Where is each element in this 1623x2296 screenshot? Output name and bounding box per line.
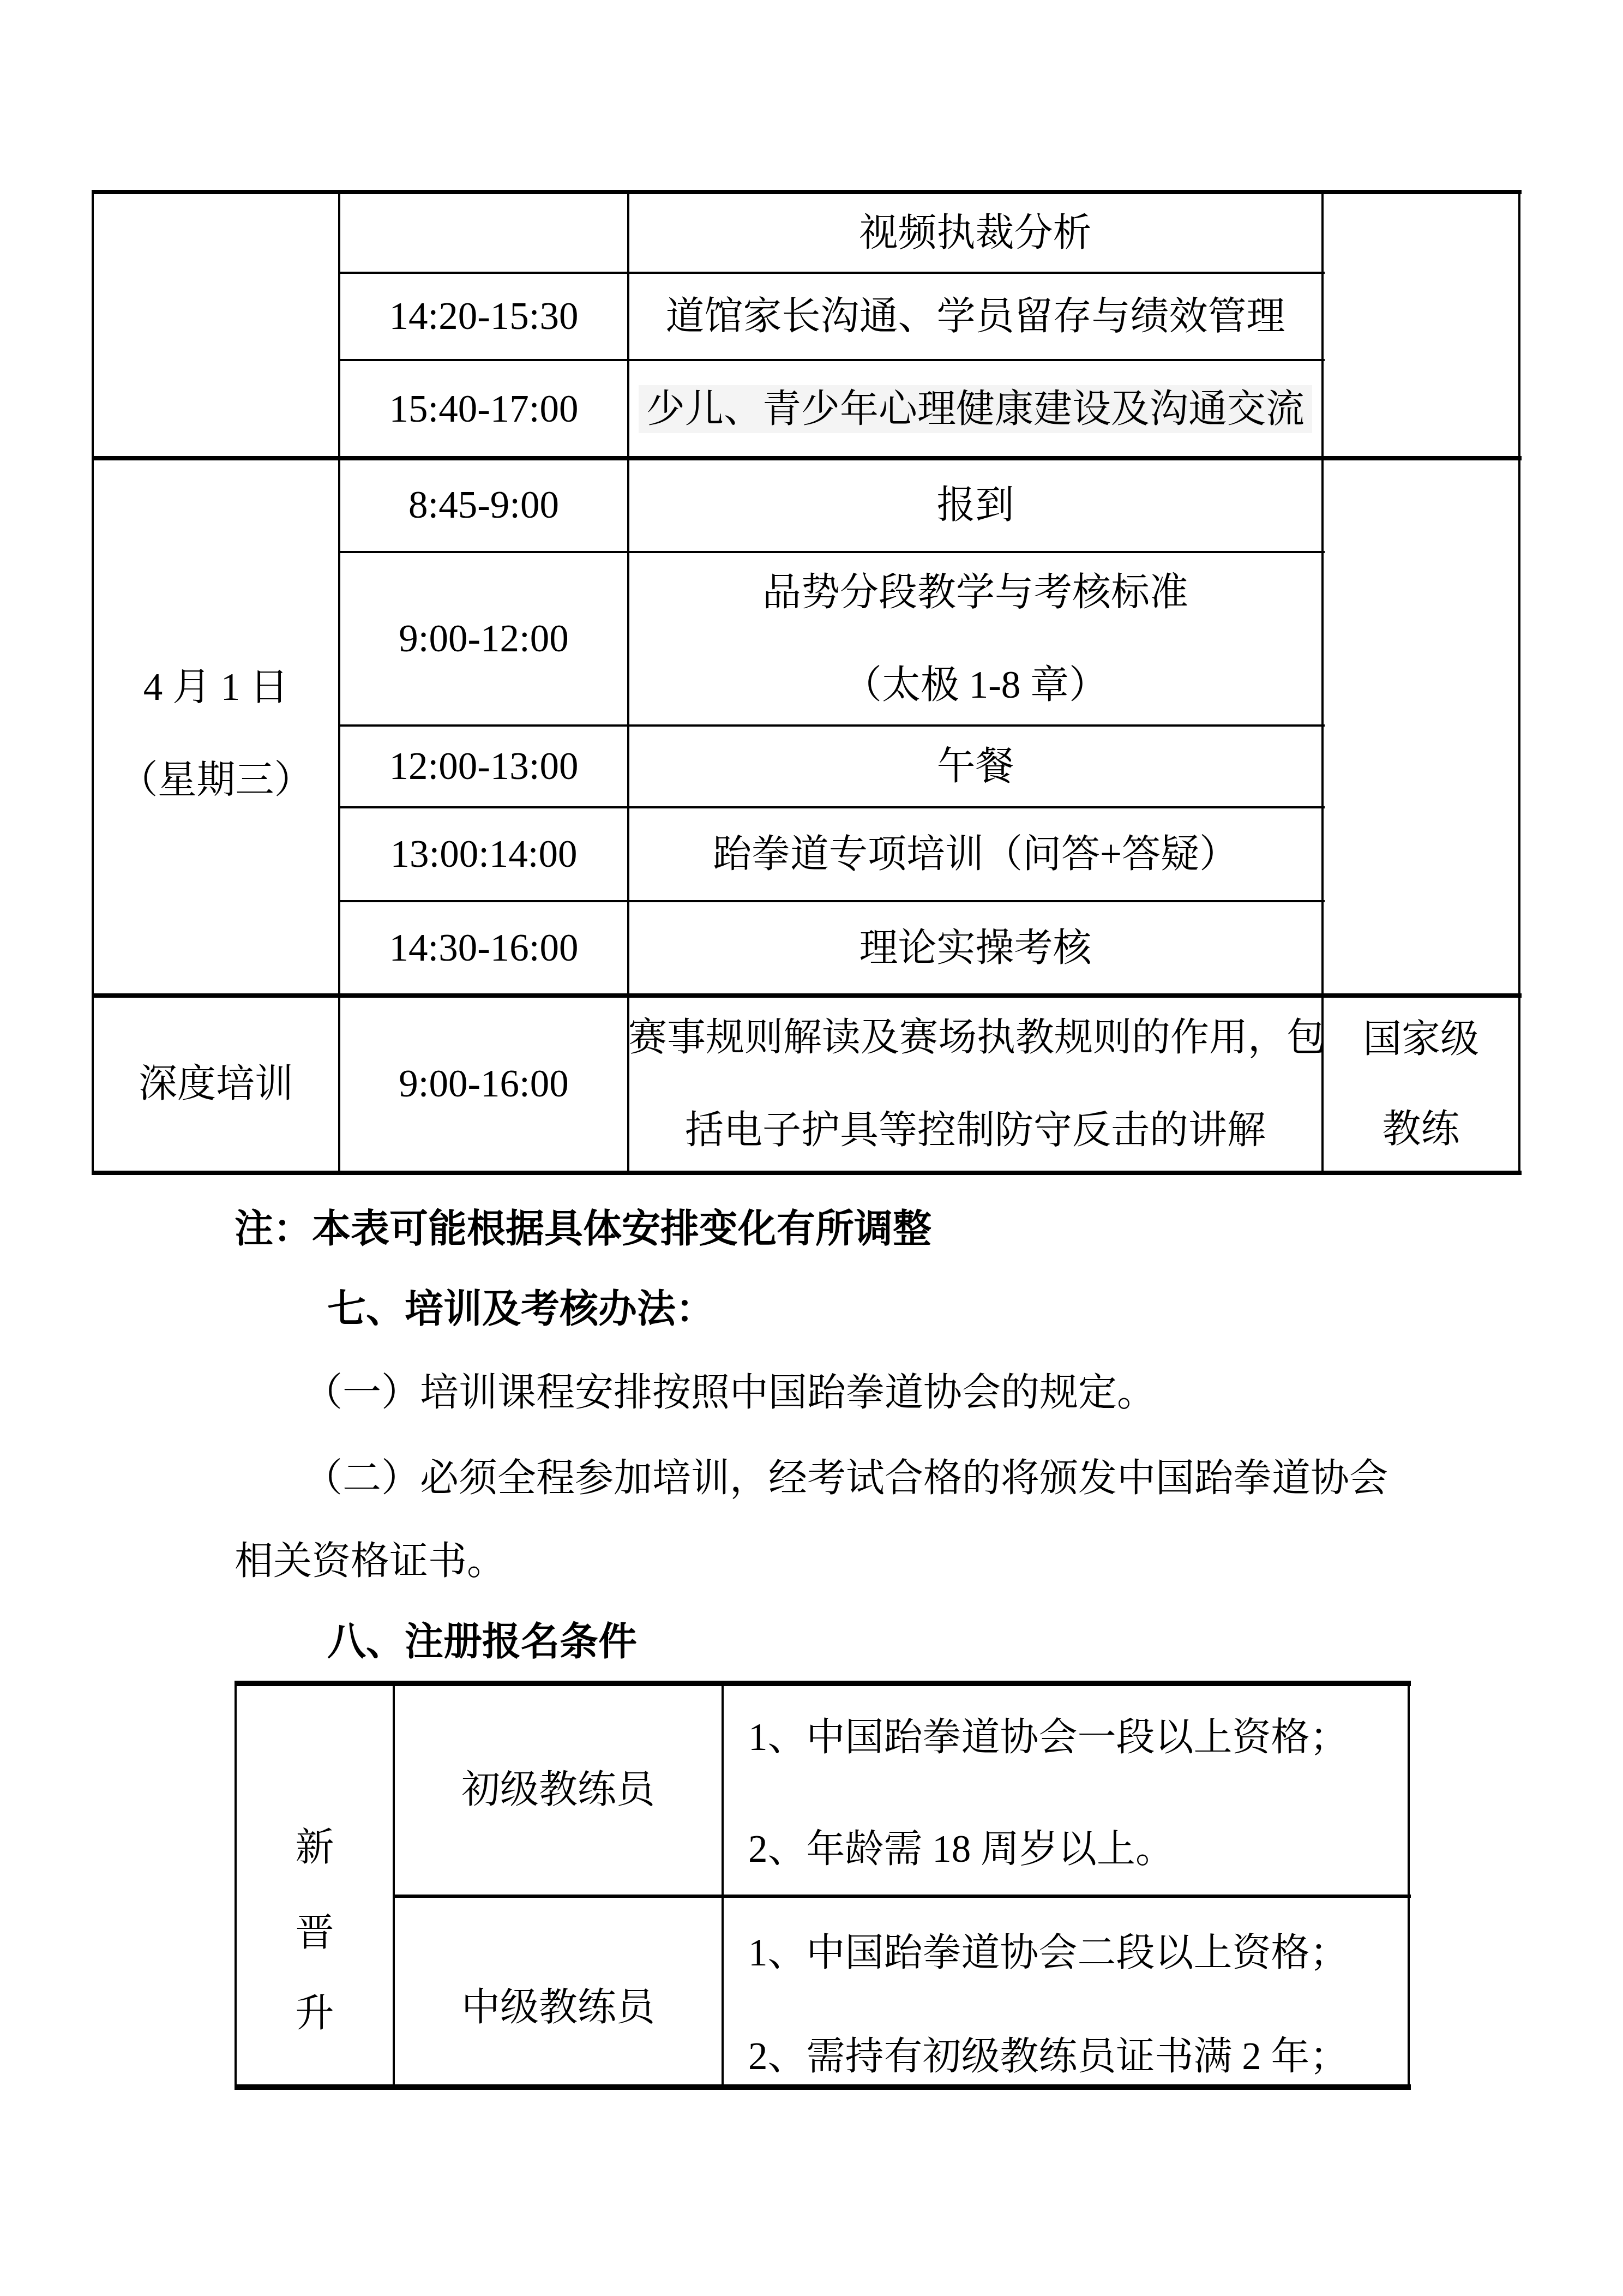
cell-content-rules-line2: 括电子护具等控制防守反击的讲解 [628,1108,1323,1152]
cell-instructor-line2: 教练 [1323,1107,1519,1151]
cell-content-checkin: 报到 [628,483,1323,527]
highlighted-text: 少儿、青少年心理健康建设及沟通交流 [639,385,1312,433]
t2-border-bottom [236,2084,1411,2090]
cell-time-0845: 8:45-9:00 [339,483,628,527]
section7-item2-line1: （二）必须全程参加培训，经考试合格的将颁发中国跆拳道协会 [304,1456,1388,1500]
t2-row-divider [394,1895,1411,1898]
cell-content-qa-training: 跆拳道专项培训（问答+答疑） [628,832,1323,876]
cell-content-video-analysis: 视频执裁分析 [628,211,1323,255]
cell-intermediate-req2: 2、需持有初级教练员证书满 2 年； [748,2035,1349,2078]
cell-time-1540: 15:40-17:00 [339,387,628,431]
t1-row-divider-6 [339,900,1325,902]
cell-content-rules-line1: 赛事规则解读及赛场执教规则的作用，包 [628,1016,1323,1059]
table-note: 注：本表可能根据具体安排变化有所调整 [235,1207,931,1251]
cell-category-char-2: 晋 [236,1911,394,1955]
cell-time-0900: 9:00-12:00 [339,617,628,661]
section7-item1: （一）培训课程安排按照中国跆拳道协会的规定。 [304,1371,1156,1414]
section7-heading: 七、培训及考核办法： [327,1287,714,1331]
cell-time-deep: 9:00-16:00 [339,1062,628,1106]
cell-level-intermediate: 中级教练员 [394,1986,723,2029]
cell-junior-req1: 1、中国跆拳道协会一段以上资格； [748,1716,1349,1759]
cell-content-youth-psychology: 少儿、青少年心理健康建设及沟通交流 [628,385,1323,429]
cell-date-line2: （星期三） [93,758,339,802]
cell-content-exam: 理论实操考核 [628,926,1323,970]
cell-time-1200: 12:00-13:00 [339,745,628,788]
t1-section-divider-deep [93,993,1522,998]
section8-heading: 八、注册报名条件 [327,1620,637,1664]
t2-border-top [236,1681,1411,1686]
cell-instructor-line1: 国家级 [1323,1017,1519,1061]
cell-date-line1: 4 月 1 日 [93,666,339,709]
cell-content-poomsae-line1: 品势分段教学与考核标准 [628,571,1323,614]
cell-content-lunch: 午餐 [628,745,1323,788]
cell-content-parent-communication: 道馆家长沟通、学员留存与绩效管理 [628,295,1323,338]
cell-level-junior: 初级教练员 [394,1768,723,1812]
cell-junior-req2: 2、年龄需 18 周岁以上。 [748,1827,1174,1871]
cell-time-1300: 13:00:14:00 [339,832,628,876]
t1-row-divider-3 [339,551,1325,553]
cell-time-1420: 14:20-15:30 [339,295,628,338]
cell-deep-training-label: 深度培训 [93,1062,339,1106]
t1-row-divider-1 [339,272,1325,274]
cell-content-poomsae-line2: （太极 1-8 章） [628,663,1323,707]
t2-border-right [1408,1681,1410,2090]
section7-item2-line2: 相关资格证书。 [235,1539,506,1583]
t1-border-top [93,190,1522,194]
t1-row-divider-5 [339,806,1325,808]
t1-border-bottom [93,1171,1522,1175]
cell-category-char-3: 升 [236,1992,394,2035]
cell-category-char-1: 新 [236,1826,394,1869]
t1-row-divider-2 [339,359,1325,361]
cell-intermediate-req1: 1、中国跆拳道协会二段以上资格； [748,1931,1349,1975]
t1-section-divider-day [93,456,1522,460]
t1-row-divider-4 [339,724,1325,727]
cell-time-1430: 14:30-16:00 [339,926,628,970]
document-page: 视频执裁分析 14:20-15:30 道馆家长沟通、学员留存与绩效管理 15:4… [0,0,1623,2296]
